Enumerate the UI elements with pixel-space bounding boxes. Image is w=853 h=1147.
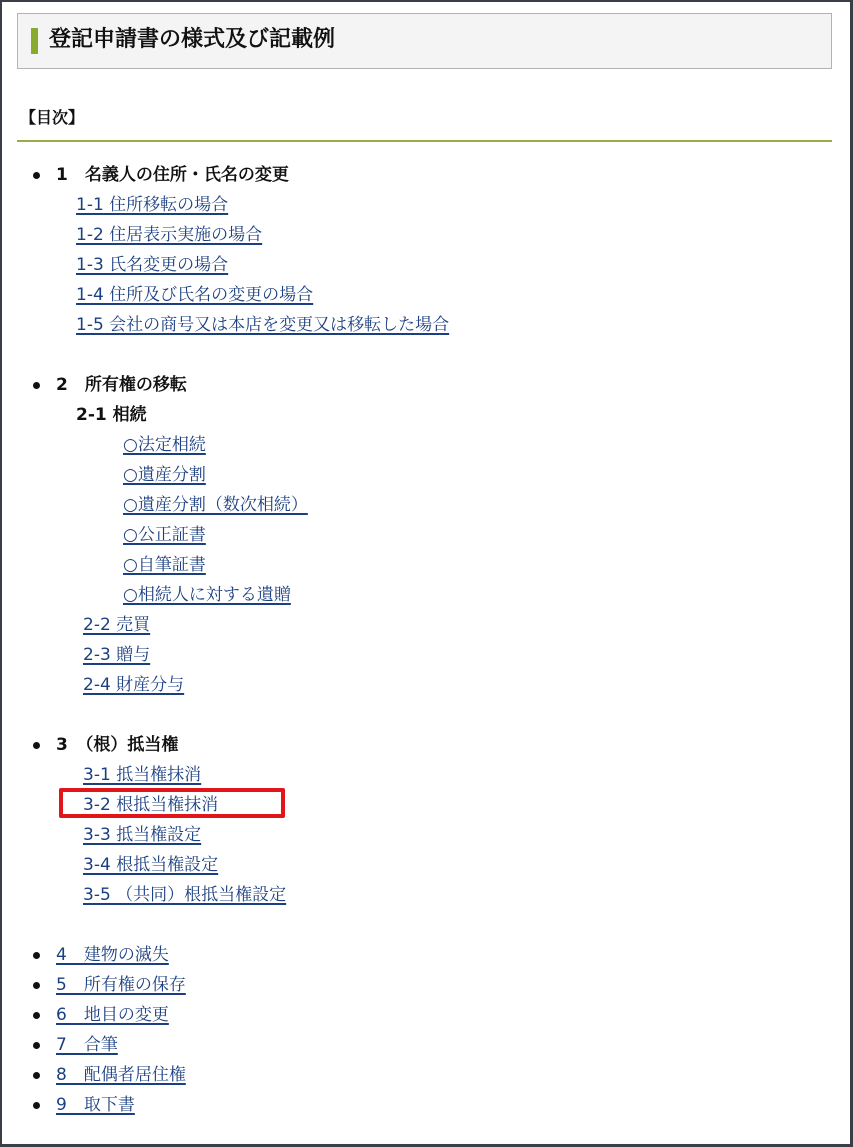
toc-link-estate-division[interactable]: ○遺産分割 — [123, 465, 206, 485]
bullet-icon — [33, 1102, 40, 1109]
toc-link-1-1[interactable]: 1-1 住所移転の場合 — [76, 195, 228, 215]
toc-link-7[interactable]: 7 合筆 — [56, 1035, 118, 1055]
bullet-icon — [33, 1072, 40, 1079]
title-accent-bar — [31, 28, 38, 54]
page-title: 登記申請書の様式及び記載例 — [49, 24, 335, 56]
toc-link-2-4[interactable]: 2-4 財産分与 — [83, 675, 184, 695]
toc-link-1-4[interactable]: 1-4 住所及び氏名の変更の場合 — [76, 285, 313, 305]
bullet-icon — [33, 1012, 40, 1019]
toc-link-5[interactable]: 5 所有権の保存 — [56, 975, 186, 995]
toc-link-2-3[interactable]: 2-3 贈与 — [83, 645, 150, 665]
toc-link-4[interactable]: 4 建物の滅失 — [56, 945, 169, 965]
bullet-icon — [33, 172, 40, 179]
page-title-box: 登記申請書の様式及び記載例 — [17, 13, 832, 69]
highlight-annotation-box — [59, 788, 285, 818]
bullet-icon — [33, 982, 40, 989]
toc-link-bequest-to-heir[interactable]: ○相続人に対する遺贈 — [123, 585, 291, 605]
section-2-heading: 2 所有権の移転 — [56, 372, 187, 398]
toc-link-1-2[interactable]: 1-2 住居表示実施の場合 — [76, 225, 262, 245]
toc-link-2-2[interactable]: 2-2 売買 — [83, 615, 150, 635]
bullet-icon — [33, 1042, 40, 1049]
toc-link-1-3[interactable]: 1-3 氏名変更の場合 — [76, 255, 228, 275]
bullet-icon — [33, 952, 40, 959]
toc-link-holographic-will[interactable]: ○自筆証書 — [123, 555, 206, 575]
toc-link-3-5[interactable]: 3-5 （共同）根抵当権設定 — [83, 885, 286, 905]
toc-link-6[interactable]: 6 地目の変更 — [56, 1005, 169, 1025]
section-3-heading: 3 （根）抵当権 — [56, 732, 178, 758]
toc-link-8[interactable]: 8 配偶者居住権 — [56, 1065, 186, 1085]
toc-link-statutory-inheritance[interactable]: ○法定相続 — [123, 435, 206, 455]
toc-link-9[interactable]: 9 取下書 — [56, 1095, 135, 1115]
toc-link-estate-division-successive[interactable]: ○遺産分割（数次相続） — [123, 495, 308, 515]
toc-link-3-3[interactable]: 3-3 抵当権設定 — [83, 825, 201, 845]
bullet-icon — [33, 742, 40, 749]
section-1-heading: 1 名義人の住所・氏名の変更 — [56, 162, 289, 188]
toc-link-3-1[interactable]: 3-1 抵当権抹消 — [83, 765, 201, 785]
toc-divider — [17, 140, 832, 142]
toc-link-notarial-will[interactable]: ○公正証書 — [123, 525, 206, 545]
bullet-icon — [33, 382, 40, 389]
toc-heading: 【目次】 — [20, 106, 84, 130]
subsection-2-1-heading: 2-1 相続 — [76, 402, 147, 428]
toc-link-3-4[interactable]: 3-4 根抵当権設定 — [83, 855, 218, 875]
toc-link-1-5[interactable]: 1-5 会社の商号又は本店を変更又は移転した場合 — [76, 315, 449, 335]
